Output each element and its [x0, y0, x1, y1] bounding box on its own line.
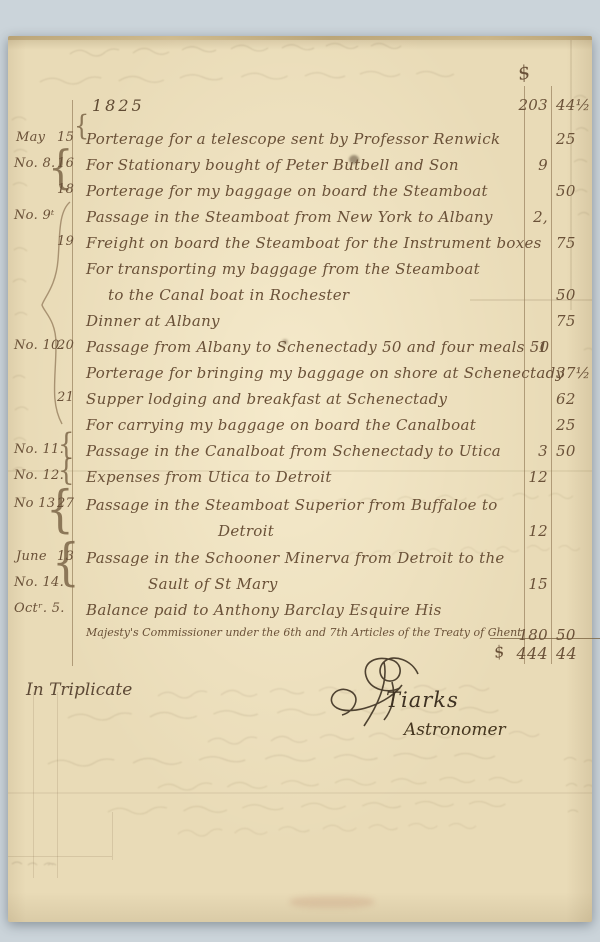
brought-forward-row: 203 44½: [8, 96, 592, 122]
amount-cents: 50: [556, 182, 592, 200]
entry-number: No. 10.: [14, 338, 58, 353]
amount-cents: 37½: [556, 364, 592, 382]
entry-description: Freight on board the Steamboat for the I…: [86, 234, 542, 252]
paper-stain: [290, 896, 374, 908]
ledger-row: June 13 Passage in the Schooner Minerva …: [8, 549, 592, 575]
entry-description: Sault of St Mary: [148, 575, 278, 593]
amount-cents: 75: [556, 234, 592, 252]
total-cents: 44: [556, 644, 592, 663]
entry-number: No. 14.: [14, 575, 58, 590]
amount-cents: 75: [556, 312, 592, 330]
entry-day: 18: [57, 182, 79, 197]
ledger-row: No. 12. Expenses from Utica to Detroit 1…: [8, 468, 592, 494]
ledger-row: to the Canal boat in Rochester 50: [8, 286, 592, 312]
ledger-row: Dinner at Albany 75: [8, 312, 592, 338]
entry-day: 21: [57, 390, 79, 405]
ledger-row: For carrying my baggage on board the Can…: [8, 416, 592, 442]
entry-day: 19: [57, 234, 79, 249]
verso-column-line: [33, 692, 34, 878]
ledger-row: No. 11. Passage in the Canalboat from Sc…: [8, 442, 592, 468]
verso-column-line: [57, 692, 58, 878]
entry-number: No. 8.: [14, 156, 58, 171]
entry-number: No. 12.: [14, 468, 58, 483]
ledger-row: For transporting my baggage from the Ste…: [8, 260, 592, 286]
amount-cents: 50: [556, 442, 592, 460]
amount-cents: 44½: [556, 96, 592, 114]
verso-column-line: [112, 812, 113, 860]
ledger-row: No. 9ᵗ Passage in the Steamboat from New…: [8, 208, 592, 234]
manuscript-page: 1825 $ 203 44½ { { { { { { May 15 Porter…: [8, 36, 592, 922]
signature-title: Astronomer: [404, 720, 506, 740]
amount-cents: 50: [556, 626, 592, 644]
entry-description: Passage from Albany to Schenectady 50 an…: [86, 338, 549, 356]
ledger-row: Detroit 12: [8, 522, 592, 548]
ledger-row: 19 Freight on board the Steamboat for th…: [8, 234, 592, 260]
entry-description: Dinner at Albany: [86, 312, 220, 330]
ledger-row: Porterage for bringing my baggage on sho…: [8, 364, 592, 390]
ledger-row: No. 10. 20 Passage from Albany to Schene…: [8, 338, 592, 364]
entry-description: For Stationary bought of Peter Butbell a…: [86, 156, 459, 174]
entry-description: Passage in the Schooner Minerva from Det…: [86, 549, 505, 567]
entry-number: No 13: [14, 496, 58, 511]
amount-dollars: 203: [502, 96, 548, 114]
ledger-row: No. 8. 16 For Stationary bought of Peter…: [8, 156, 592, 182]
amount-dollars: 9: [502, 156, 548, 174]
total-row: $ 444 44: [8, 644, 592, 670]
entry-day: 27: [57, 496, 79, 511]
ledger-row: 18 Porterage for my baggage on board the…: [8, 182, 592, 208]
ledger-row: Octʳ. 5. Balance paid to Anthony Barclay…: [8, 601, 592, 627]
entry-number: No. 11.: [14, 442, 58, 457]
amount-dollars: 3: [502, 442, 548, 460]
ledger-row: May 15 Porterage for a telescope sent by…: [8, 130, 592, 156]
entry-description: Passage in the Steamboat Superior from B…: [86, 496, 498, 514]
amount-dollars: 12: [502, 522, 548, 540]
ledger-row: 21 Supper lodging and breakfast at Schen…: [8, 390, 592, 416]
entry-description: Porterage for bringing my baggage on sho…: [86, 364, 564, 382]
entry-number: Octʳ. 5.: [14, 601, 58, 616]
entry-description: Porterage for my baggage on board the St…: [86, 182, 488, 200]
ledger-row: No 13 27 Passage in the Steamboat Superi…: [8, 496, 592, 522]
entry-description: Porterage for a telescope sent by Profes…: [86, 130, 500, 148]
entry-description: Detroit: [218, 522, 274, 540]
entry-day: 13: [57, 549, 79, 564]
ledger-row: No. 14. Sault of St Mary 15: [8, 575, 592, 601]
entry-number: No. 9ᵗ: [14, 208, 58, 223]
entry-day: 20: [57, 338, 79, 353]
entry-description: For carrying my baggage on board the Can…: [86, 416, 476, 434]
amount-cents: 25: [556, 130, 592, 148]
amount-cents: 25: [556, 416, 592, 434]
verso-total-line: [8, 856, 112, 857]
entry-description: Passage in the Steamboat from New York t…: [86, 208, 493, 226]
total-dollars: 444: [502, 644, 548, 663]
fold-crease: [8, 792, 592, 794]
entry-month: June: [16, 549, 56, 564]
entry-description: Balance paid to Anthony Barclay Esquire …: [86, 601, 442, 619]
amount-cents: 62: [556, 390, 592, 408]
entry-description: Majesty's Commissioner under the 6th and…: [86, 626, 522, 639]
amount-dollars: 1: [502, 338, 548, 356]
entry-month: May: [16, 130, 56, 145]
amount-dollars: 15: [502, 575, 548, 593]
amount-cents: 50: [556, 286, 592, 304]
entry-day: 15: [57, 130, 79, 145]
entry-day: 16: [57, 156, 79, 171]
entry-description: Passage in the Canalboat from Schenectad…: [86, 442, 501, 460]
triplicate-note: In Triplicate: [26, 680, 132, 700]
amount-dollars: 180: [502, 626, 548, 644]
entry-description: Supper lodging and breakfast at Schenect…: [86, 390, 447, 408]
signature-name: Tiarks: [386, 688, 459, 712]
amount-dollars: 12: [502, 468, 548, 486]
amount-dollars: 2,: [502, 208, 548, 226]
entry-description: Expenses from Utica to Detroit: [86, 468, 332, 486]
entry-description: For transporting my baggage from the Ste…: [86, 260, 480, 278]
entry-description: to the Canal boat in Rochester: [108, 286, 349, 304]
